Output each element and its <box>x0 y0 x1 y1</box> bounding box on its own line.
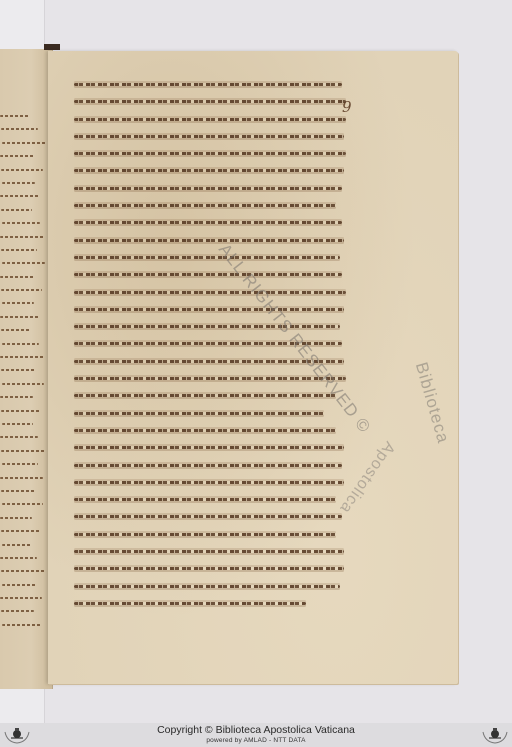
facing-page-line <box>2 262 45 264</box>
manuscript-line <box>74 273 342 276</box>
facing-page-edge <box>0 49 53 689</box>
facing-page-line <box>0 597 42 599</box>
facing-page-line <box>0 276 34 278</box>
manuscript-line <box>74 602 306 605</box>
facing-page-line <box>2 584 37 586</box>
manuscript-viewer[interactable]: 9 ALL RIGHTS RESERVED © Biblioteca Apost… <box>0 0 512 723</box>
facing-page-line <box>1 169 43 171</box>
facing-page-line <box>1 490 35 492</box>
manuscript-line <box>74 412 324 415</box>
facing-page-line <box>0 517 32 519</box>
handwritten-greek-text <box>74 83 364 619</box>
facing-page-line <box>0 557 37 559</box>
manuscript-line <box>74 204 336 207</box>
manuscript-line <box>74 169 344 172</box>
facing-page-line <box>2 182 35 184</box>
facing-page-line <box>1 410 41 412</box>
manuscript-line <box>74 135 344 138</box>
facing-page-line <box>2 544 32 546</box>
facing-page-line <box>0 155 35 157</box>
facing-page-line <box>0 436 38 438</box>
manuscript-line <box>74 377 346 380</box>
facing-page-line <box>1 610 34 612</box>
manuscript-line <box>74 291 346 294</box>
manuscript-line <box>74 152 346 155</box>
facing-page-line <box>1 369 36 371</box>
manuscript-line <box>74 308 344 311</box>
facing-page-line <box>1 128 38 130</box>
facing-page-line <box>2 624 42 626</box>
powered-by-text: powered by AMLAD - NTT DATA <box>0 737 512 744</box>
facing-page-line <box>2 463 38 465</box>
facing-page-line <box>2 222 40 224</box>
manuscript-line <box>74 256 340 259</box>
manuscript-line <box>74 446 344 449</box>
manuscript-line <box>74 187 342 190</box>
manuscript-line <box>74 394 336 397</box>
facing-page-line <box>2 503 43 505</box>
manuscript-folio[interactable]: 9 <box>48 51 458 684</box>
facing-page-line <box>1 570 45 572</box>
facing-page-line <box>1 209 32 211</box>
facing-page-line <box>0 115 30 117</box>
facing-page-line <box>0 195 40 197</box>
facing-page-line <box>2 302 34 304</box>
facing-page-line <box>0 316 39 318</box>
manuscript-line <box>74 118 346 121</box>
facing-page-line <box>0 236 45 238</box>
gutter-mark <box>44 44 60 50</box>
manuscript-line <box>74 100 346 103</box>
manuscript-line <box>74 567 344 570</box>
footer-bar: Copyright © Biblioteca Apostolica Vatica… <box>0 723 512 747</box>
facing-page-line <box>1 289 42 291</box>
facing-page-line <box>1 450 46 452</box>
manuscript-line <box>74 325 340 328</box>
facing-page-line <box>2 142 46 144</box>
facing-page-line <box>1 249 37 251</box>
facing-page-line <box>2 423 33 425</box>
facing-page-line <box>2 383 44 385</box>
manuscript-line <box>74 481 344 484</box>
manuscript-line <box>74 221 342 224</box>
facing-page-line <box>0 356 44 358</box>
manuscript-line <box>74 585 340 588</box>
copyright-text: Copyright © Biblioteca Apostolica Vatica… <box>0 724 512 736</box>
facing-page-line <box>1 530 40 532</box>
manuscript-line <box>74 429 336 432</box>
facing-page-line <box>1 329 31 331</box>
manuscript-line <box>74 533 336 536</box>
facing-page-line <box>0 396 33 398</box>
manuscript-line <box>74 498 336 501</box>
facing-page-line <box>0 477 43 479</box>
manuscript-line <box>74 515 342 518</box>
papal-seal-icon <box>480 726 510 745</box>
manuscript-line <box>74 550 344 553</box>
manuscript-line <box>74 464 342 467</box>
manuscript-line <box>74 83 342 86</box>
facing-page-line <box>2 343 39 345</box>
facing-page-text <box>0 115 46 637</box>
manuscript-line <box>74 239 344 242</box>
